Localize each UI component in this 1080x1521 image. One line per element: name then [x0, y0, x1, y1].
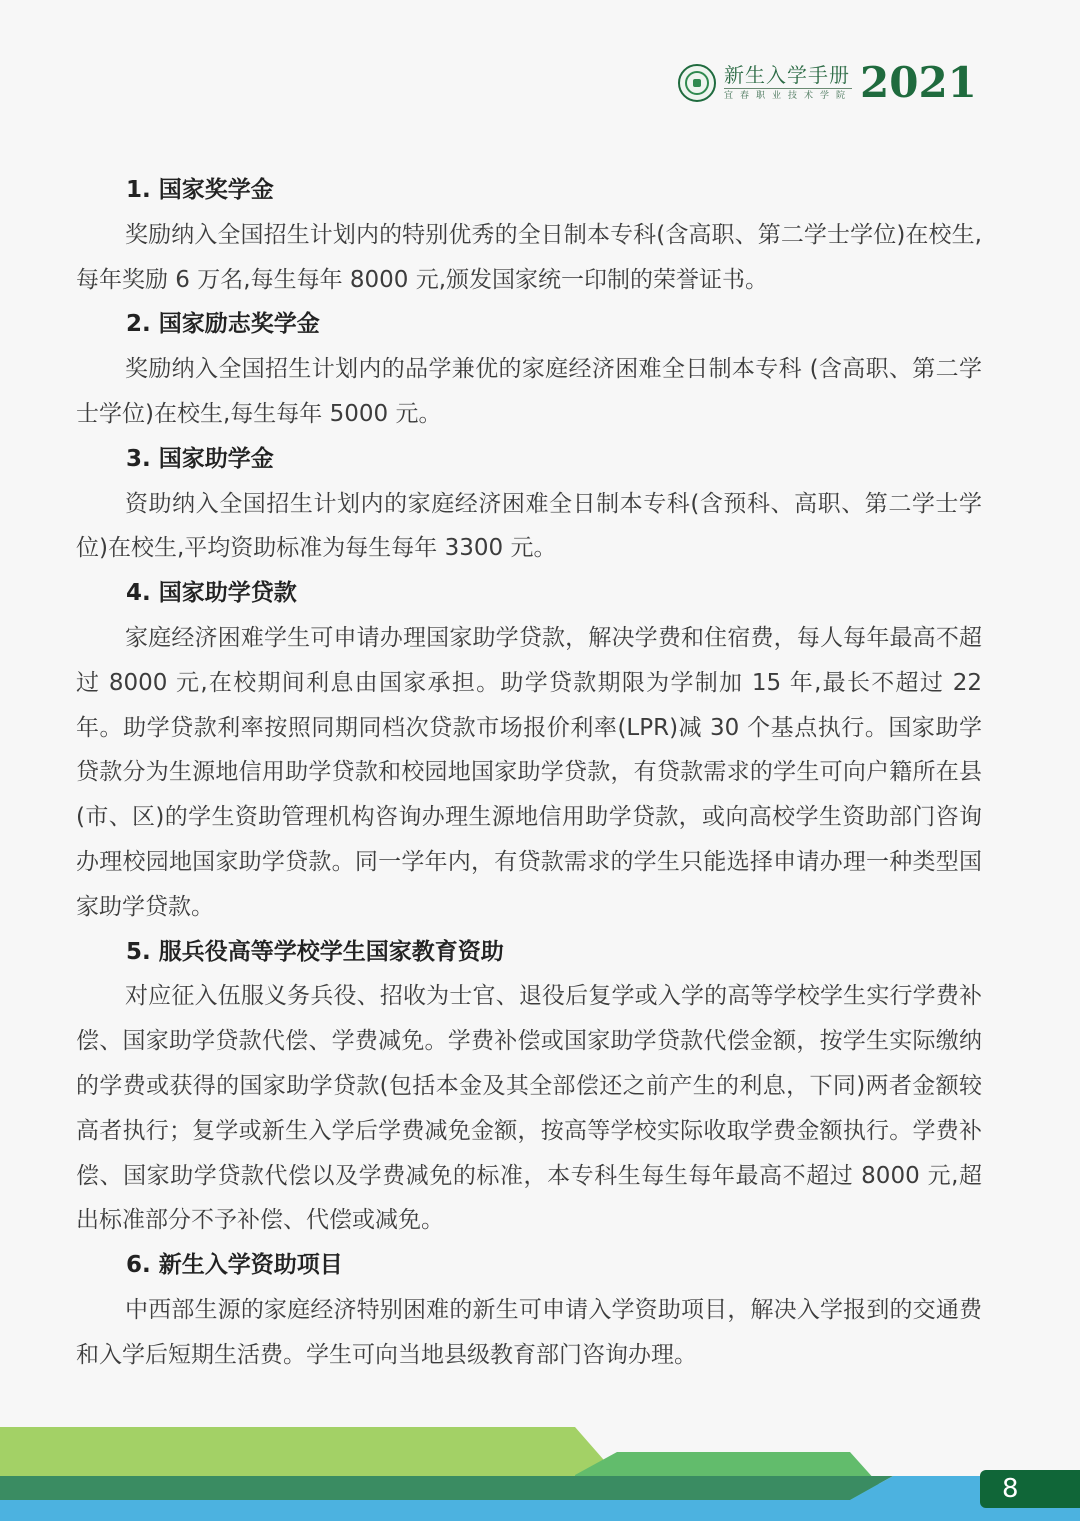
header-titles: 新生入学手册 宜春职业技术学院 — [724, 63, 852, 103]
handbook-title: 新生入学手册 — [724, 63, 852, 89]
handbook-year: 2021 — [860, 60, 977, 106]
school-name: 宜春职业技术学院 — [724, 89, 852, 103]
section-paragraph: 家庭经济困难学生可申请办理国家助学贷款，解决学费和住宿费，每人每年最高不超过 8… — [76, 616, 982, 930]
page-header: 新生入学手册 宜春职业技术学院 2021 — [678, 58, 977, 108]
section-heading: 4. 国家助学贷款 — [76, 571, 982, 616]
section-paragraph: 中西部生源的家庭经济特别困难的新生可申请入学资助项目，解决入学报到的交通费和入学… — [76, 1288, 982, 1378]
footer-decoration — [0, 1400, 1080, 1521]
section-heading: 3. 国家助学金 — [76, 437, 982, 482]
document-body: 1. 国家奖学金 奖励纳入全国招生计划内的特别优秀的全日制本专科(含高职、第二学… — [76, 168, 982, 1378]
section-paragraph: 奖励纳入全国招生计划内的特别优秀的全日制本专科(含高职、第二学士学位)在校生,每… — [76, 213, 982, 303]
section-heading: 5. 服兵役高等学校学生国家教育资助 — [76, 930, 982, 975]
section-heading: 2. 国家励志奖学金 — [76, 302, 982, 347]
section-heading: 1. 国家奖学金 — [76, 168, 982, 213]
section-heading: 6. 新生入学资助项目 — [76, 1243, 982, 1288]
section-paragraph: 资助纳入全国招生计划内的家庭经济困难全日制本专科(含预科、高职、第二学士学位)在… — [76, 482, 982, 572]
section-paragraph: 奖励纳入全国招生计划内的品学兼优的家庭经济困难全日制本专科 (含高职、第二学士学… — [76, 347, 982, 437]
section-paragraph: 对应征入伍服义务兵役、招收为士官、退役后复学或入学的高等学校学生实行学费补偿、国… — [76, 974, 982, 1243]
school-emblem-icon — [678, 64, 716, 102]
page-number: 8 — [980, 1470, 1080, 1508]
